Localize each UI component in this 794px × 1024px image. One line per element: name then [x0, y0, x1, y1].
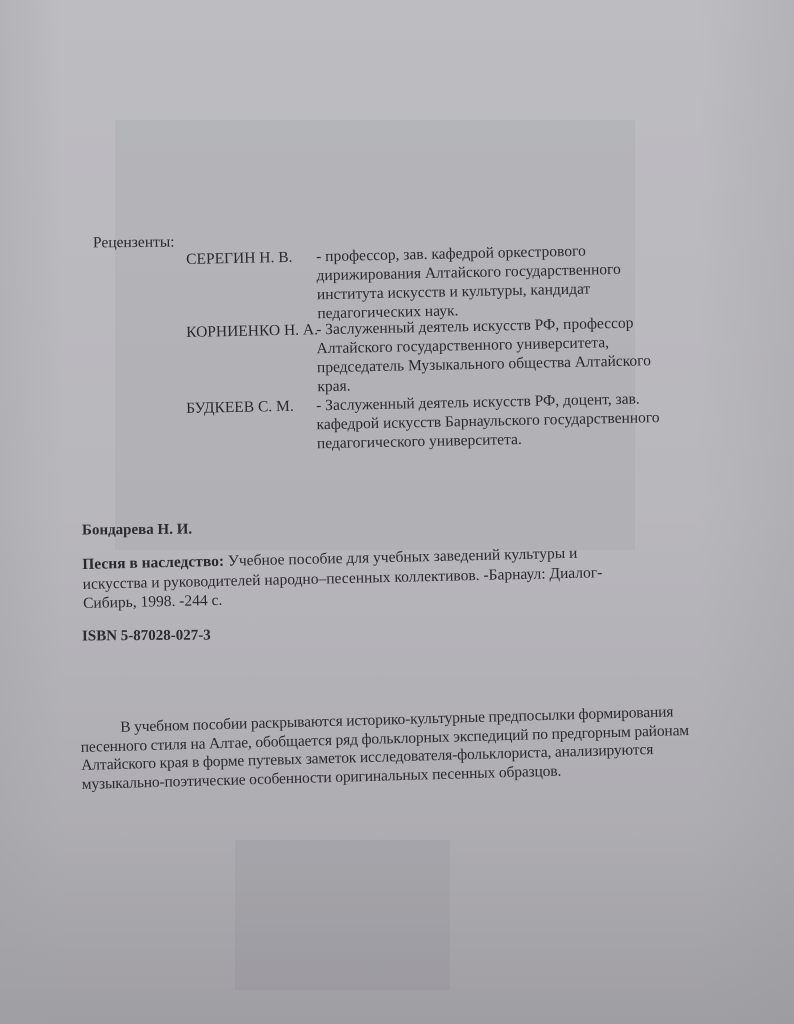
abstract-paragraph: В учебном пособии раскрываются историко-… — [80, 703, 690, 794]
bleed-through-bottom-block — [235, 840, 450, 990]
bibliographic-description: Песня в наследство: Учебное пособие для … — [82, 543, 603, 613]
reviewer-description: - Заслуженный деятель искусств РФ, профе… — [316, 312, 718, 396]
book-page: Рецензенты: СЕРЕГИН Н. В. - профессор, з… — [0, 0, 794, 1024]
book-title: Песня в наследство: — [82, 553, 224, 573]
reviewer-entry: БУДКЕЕВ С. М. - Заслуженный деятель иску… — [186, 388, 717, 456]
isbn: ISBN 5-87028-027-3 — [82, 627, 211, 647]
author-name: Бондарева Н. И. — [82, 521, 192, 541]
reviewer-description: - Заслуженный деятель искусств РФ, доцен… — [316, 388, 717, 453]
reviewer-description: - профессор, зав. кафедрой оркестрового … — [316, 239, 718, 323]
reviewer-entry: КОРНИЕНКО Н. А. - Заслуженный деятель ис… — [186, 312, 717, 399]
reviewer-name: БУДКЕЕВ С. М. — [186, 396, 317, 456]
reviewer-name: КОРНИЕНКО Н. А. — [186, 320, 318, 399]
reviewer-name: СЕРЕГИН Н. В. — [186, 247, 318, 326]
reviewers-label: Рецензенты: — [93, 233, 175, 253]
